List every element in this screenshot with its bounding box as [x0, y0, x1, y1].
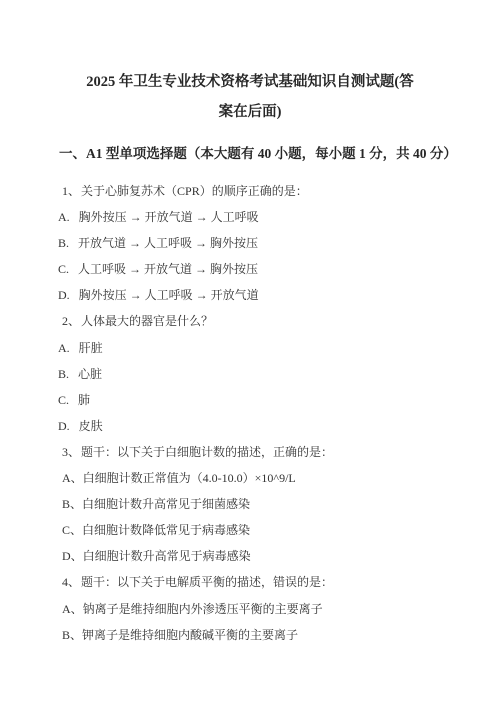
- option-label: B.: [58, 236, 69, 250]
- title-line-1: 2025 年卫生专业技术资格考试基础知识自测试题(答: [0, 67, 500, 97]
- option-text: 开放气道 → 人工呼吸 → 胸外按压: [78, 236, 258, 250]
- question-number: 1、: [62, 184, 80, 198]
- question-3-option-c: C、白细胞计数降低常见于病毒感染: [0, 517, 500, 543]
- option-label: A、: [62, 471, 83, 485]
- option-text: 钠离子是维持细胞内外渗透压平衡的主要离子: [83, 602, 323, 616]
- option-text: 肺: [78, 393, 90, 407]
- question-1-option-c: C.人工呼吸 → 开放气道 → 胸外按压: [0, 256, 500, 282]
- option-label: D、: [62, 549, 83, 563]
- question-stem-text: 人体最大的器官是什么？: [81, 314, 213, 328]
- question-number: 4、: [62, 575, 80, 589]
- question-1-option-a: A.胸外按压 → 开放气道 → 人工呼吸: [0, 204, 500, 230]
- option-label: A.: [58, 341, 70, 355]
- option-label: D.: [58, 419, 70, 433]
- option-label: C.: [58, 262, 69, 276]
- question-number: 2、: [62, 314, 80, 328]
- question-3-option-d: D、白细胞计数升高常见于病毒感染: [0, 543, 500, 569]
- option-text: 白细胞计数升高常见于病毒感染: [83, 549, 251, 563]
- question-2-stem: 2、人体最大的器官是什么？: [0, 308, 500, 334]
- option-label: B.: [58, 367, 69, 381]
- question-number: 3、: [62, 445, 80, 459]
- option-text: 肝脏: [79, 341, 103, 355]
- question-4-option-b: B、钾离子是维持细胞内酸碱平衡的主要离子: [0, 622, 500, 648]
- option-label: B、: [62, 497, 82, 511]
- question-1: 1、关于心肺复苏术（CPR）的顺序正确的是： A.胸外按压 → 开放气道 → 人…: [0, 178, 500, 308]
- option-text: 钾离子是维持细胞内酸碱平衡的主要离子: [82, 628, 298, 642]
- option-text: 人工呼吸 → 开放气道 → 胸外按压: [78, 262, 258, 276]
- question-1-option-b: B.开放气道 → 人工呼吸 → 胸外按压: [0, 230, 500, 256]
- option-text: 白细胞计数降低常见于病毒感染: [82, 523, 250, 537]
- option-text: 胸外按压 → 人工呼吸 → 开放气道: [79, 288, 259, 302]
- option-text: 皮肤: [79, 419, 103, 433]
- option-text: 胸外按压 → 开放气道 → 人工呼吸: [79, 210, 259, 224]
- question-2-option-b: B.心脏: [0, 361, 500, 387]
- question-stem-text: 关于心肺复苏术（CPR）的顺序正确的是：: [81, 184, 308, 198]
- question-1-stem: 1、关于心肺复苏术（CPR）的顺序正确的是：: [0, 178, 500, 204]
- option-label: C.: [58, 393, 69, 407]
- option-label: D.: [58, 288, 70, 302]
- question-stem-text: 题干：以下关于电解质平衡的描述，错误的是：: [81, 575, 333, 589]
- question-4-option-a: A、钠离子是维持细胞内外渗透压平衡的主要离子: [0, 596, 500, 622]
- option-text: 白细胞计数升高常见于细菌感染: [82, 497, 250, 511]
- question-3-option-b: B、白细胞计数升高常见于细菌感染: [0, 491, 500, 517]
- option-text: 心脏: [78, 367, 102, 381]
- question-2-option-c: C.肺: [0, 387, 500, 413]
- option-text: 白细胞计数正常值为（4.0-10.0）×10^9/L: [83, 471, 296, 485]
- option-label: A.: [58, 210, 70, 224]
- question-2: 2、人体最大的器官是什么？ A.肝脏 B.心脏 C.肺 D.皮肤: [0, 308, 500, 438]
- question-4: 4、题干：以下关于电解质平衡的描述，错误的是： A、钠离子是维持细胞内外渗透压平…: [0, 569, 500, 647]
- question-3: 3、题干：以下关于白细胞计数的描述，正确的是： A、白细胞计数正常值为（4.0-…: [0, 439, 500, 569]
- section-heading: 一、A1 型单项选择题（本大题有 40 小题，每小题 1 分，共 40 分）: [0, 141, 500, 167]
- question-4-stem: 4、题干：以下关于电解质平衡的描述，错误的是：: [0, 569, 500, 595]
- question-list: 1、关于心肺复苏术（CPR）的顺序正确的是： A.胸外按压 → 开放气道 → 人…: [0, 178, 500, 648]
- document-page: 2025 年卫生专业技术资格考试基础知识自测试题(答 案在后面) 一、A1 型单…: [0, 0, 500, 707]
- question-3-option-a: A、白细胞计数正常值为（4.0-10.0）×10^9/L: [0, 465, 500, 491]
- question-1-option-d: D.胸外按压 → 人工呼吸 → 开放气道: [0, 282, 500, 308]
- question-stem-text: 题干：以下关于白细胞计数的描述，正确的是：: [81, 445, 333, 459]
- option-label: C、: [62, 523, 82, 537]
- question-2-option-d: D.皮肤: [0, 413, 500, 439]
- document-title: 2025 年卫生专业技术资格考试基础知识自测试题(答 案在后面): [0, 0, 500, 127]
- title-line-2: 案在后面): [0, 97, 500, 127]
- option-label: B、: [62, 628, 82, 642]
- question-3-stem: 3、题干：以下关于白细胞计数的描述，正确的是：: [0, 439, 500, 465]
- option-label: A、: [62, 602, 83, 616]
- question-2-option-a: A.肝脏: [0, 335, 500, 361]
